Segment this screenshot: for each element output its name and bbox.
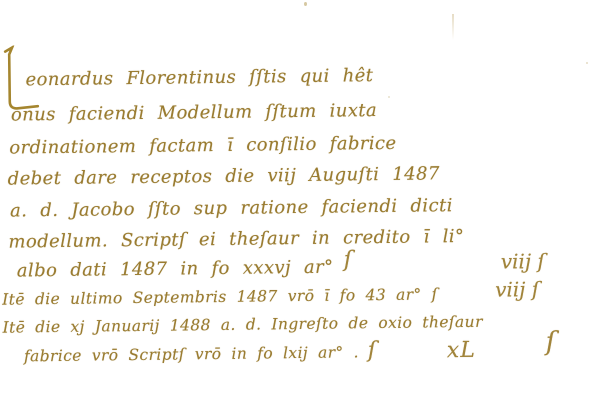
manuscript-line-9: Itē die xj Januarij 1488 a. d. Ingreſto … [2,313,482,337]
margin-amount-1: viij ſ [501,249,545,274]
margin-total-mark: ſ [546,327,556,357]
manuscript-line-3: ordinationem factam ī conſilio fabrice [9,133,396,159]
manuscript-line-8: Itē die ultimo Septembris 1487 vrō ī fo … [2,285,438,308]
manuscript-photo: eonardus Florentinus ſſtis qui hêt onus … [0,0,600,400]
margin-amount-2: viij ſ [495,277,539,302]
manuscript-line-10: fabrice vrō Scriptſ vrō in fo lxij ar° . [24,343,359,365]
manuscript-line-7: albo dati 1487 in fo xxxvj ar° [17,257,334,282]
manuscript-text-block: eonardus Florentinus ſſtis qui hêt onus … [0,0,600,400]
manuscript-line-6: modellum. Scriptſ ei theſaur in credito … [8,226,464,253]
flourish-mark-line10: ſ [368,338,376,363]
manuscript-line-2: onus faciendi Modellum ſſtum iuxta [11,100,377,125]
margin-total-numeral: xL [447,338,476,363]
flourish-mark-line7: ſ [344,247,352,272]
manuscript-line-4: debet dare receptos die viij Auguſti 148… [8,163,440,189]
manuscript-line-5: a. d. Jacobo ſſto sup ratione faciendi d… [10,195,453,221]
manuscript-line-1: eonardus Florentinus ſſtis qui hêt [25,65,373,90]
